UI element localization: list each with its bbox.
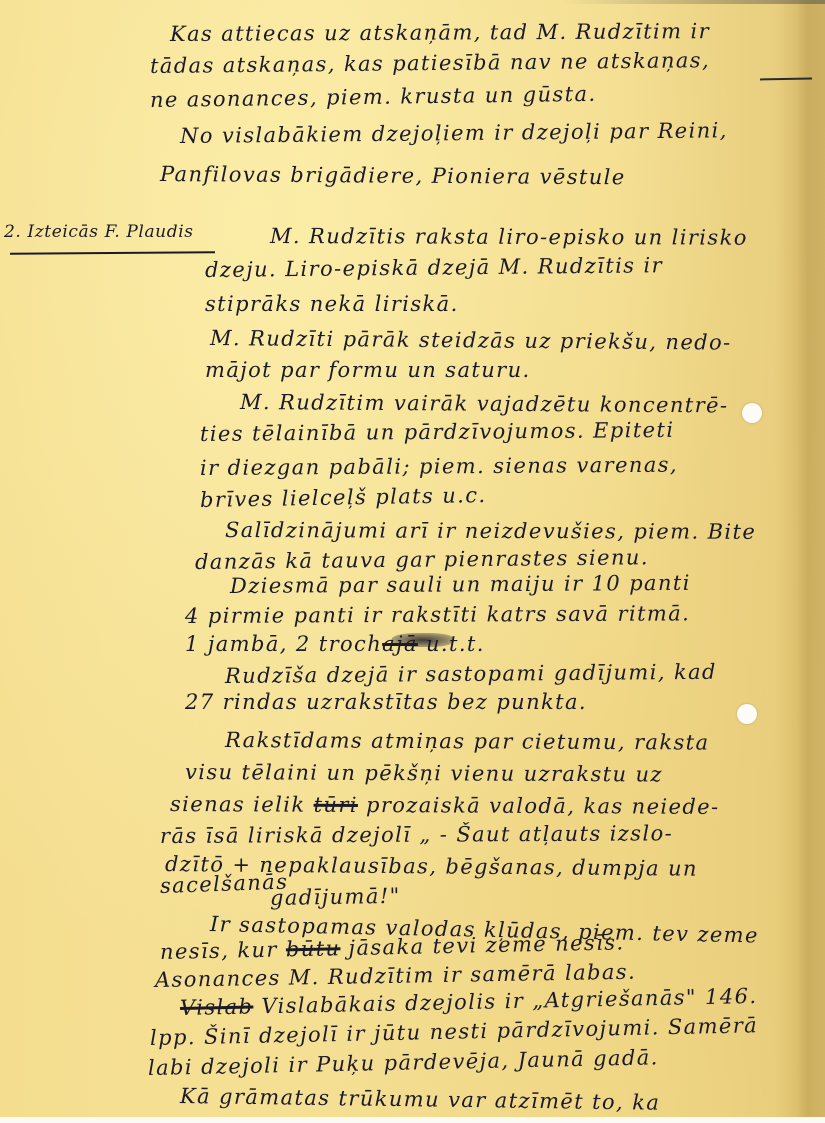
text-line: labi dzejoli ir Puķu pārdevēja, Jaunā ga… (148, 1045, 659, 1080)
text-line: ne asonances, piem. krusta un gūsta. (150, 82, 597, 112)
text-line: ir diezgan pabāli; piem. sienas varenas, (200, 453, 678, 480)
text-line: Kā grāmatas trūkumu var atzīmēt to, ka (180, 1084, 661, 1115)
ink-blot (392, 633, 454, 647)
page-fold-shadow (797, 0, 825, 1117)
text-line-with-correction: sienas ielik tūri prozaiskā valodā, kas … (170, 792, 720, 819)
margin-note-speaker: 2. Izteicās F. Plaudis (4, 222, 194, 242)
page-top-edge (560, 0, 825, 4)
text-line: Kas attiecas uz atskaņām, tad M. Rudzīti… (170, 19, 710, 46)
text-line: Rudzīša dzejā ir sastopami gadījumi, kad (225, 660, 717, 688)
text-line: gadījumā!" (270, 884, 401, 910)
scan-bottom-margin (0, 1117, 825, 1123)
text-segment: jāsaka tevi zeme nesīs. (340, 930, 625, 960)
text-line: rās īsā liriskā dzejolī „ - Šaut atļauts… (160, 821, 673, 848)
text-segment: nesīs, kur (160, 937, 286, 964)
text-segment: prozaiskā valodā, kas neiede- (358, 793, 720, 819)
text-line: tādas atskaņas, kas patiesībā nav ne ats… (150, 48, 710, 78)
margin-note-underline (10, 251, 215, 254)
text-segment: Vislabākais dzejolis ir „Atgriešanās" 14… (253, 984, 758, 1019)
punch-hole-upper (742, 403, 762, 423)
text-line: Salīdzinājumi arī ir neizdevušies, piem.… (225, 518, 756, 544)
text-line: M. Rudzītis raksta liro-episko un lirisk… (270, 224, 748, 250)
text-line: ties tēlainībā un pārdzīvojumos. Epiteti (200, 418, 675, 446)
text-line: brīves lielceļš plats u.c. (200, 483, 487, 512)
text-line: 4 pirmie panti ir rakstīti katrs savā ri… (185, 601, 690, 628)
text-line: 27 rindas uzrakstītas bez punkta. (185, 690, 587, 714)
text-line: visu tēlaini un pēkšņi vienu uzrakstu uz (185, 760, 663, 787)
punch-hole-lower (737, 704, 757, 724)
text-line: Rakstīdams atmiņas par cietumu, raksta (225, 728, 710, 755)
text-line: M. Rudzīti pārāk steidzās uz priekšu, ne… (210, 326, 732, 355)
text-line: Panfilovas brigādiere, Pioniera vēstule (160, 162, 626, 189)
text-line: Dziesmā par sauli un maiju ir 10 panti (230, 571, 691, 598)
text-line: No vislabākiem dzejoļiem ir dzejoļi par … (180, 118, 728, 148)
text-line: stiprāks nekā liriskā. (205, 292, 459, 316)
struck-text: Vislab (180, 994, 254, 1020)
text-line: dzeju. Liro-episkā dzejā M. Rudzītis ir (205, 253, 663, 282)
text-line: lpp. Šinī dzejolī ir jūtu nesti pārdzīvo… (150, 1013, 759, 1050)
text-segment: sienas ielik (170, 792, 314, 817)
text-segment: 1 jambā, 2 troch (185, 632, 382, 656)
text-line: danzās kā tauva gar pienrastes sienu. (195, 545, 649, 574)
text-line: M. Rudzītim vairāk vajadzētu koncentrē- (240, 390, 729, 417)
text-line: mājot par formu un saturu. (205, 358, 531, 382)
struck-text: tūri (314, 793, 358, 817)
struck-text: būtu (286, 936, 341, 961)
manuscript-page: 2. Izteicās F. Plaudis Kas attiecas uz a… (0, 0, 825, 1117)
